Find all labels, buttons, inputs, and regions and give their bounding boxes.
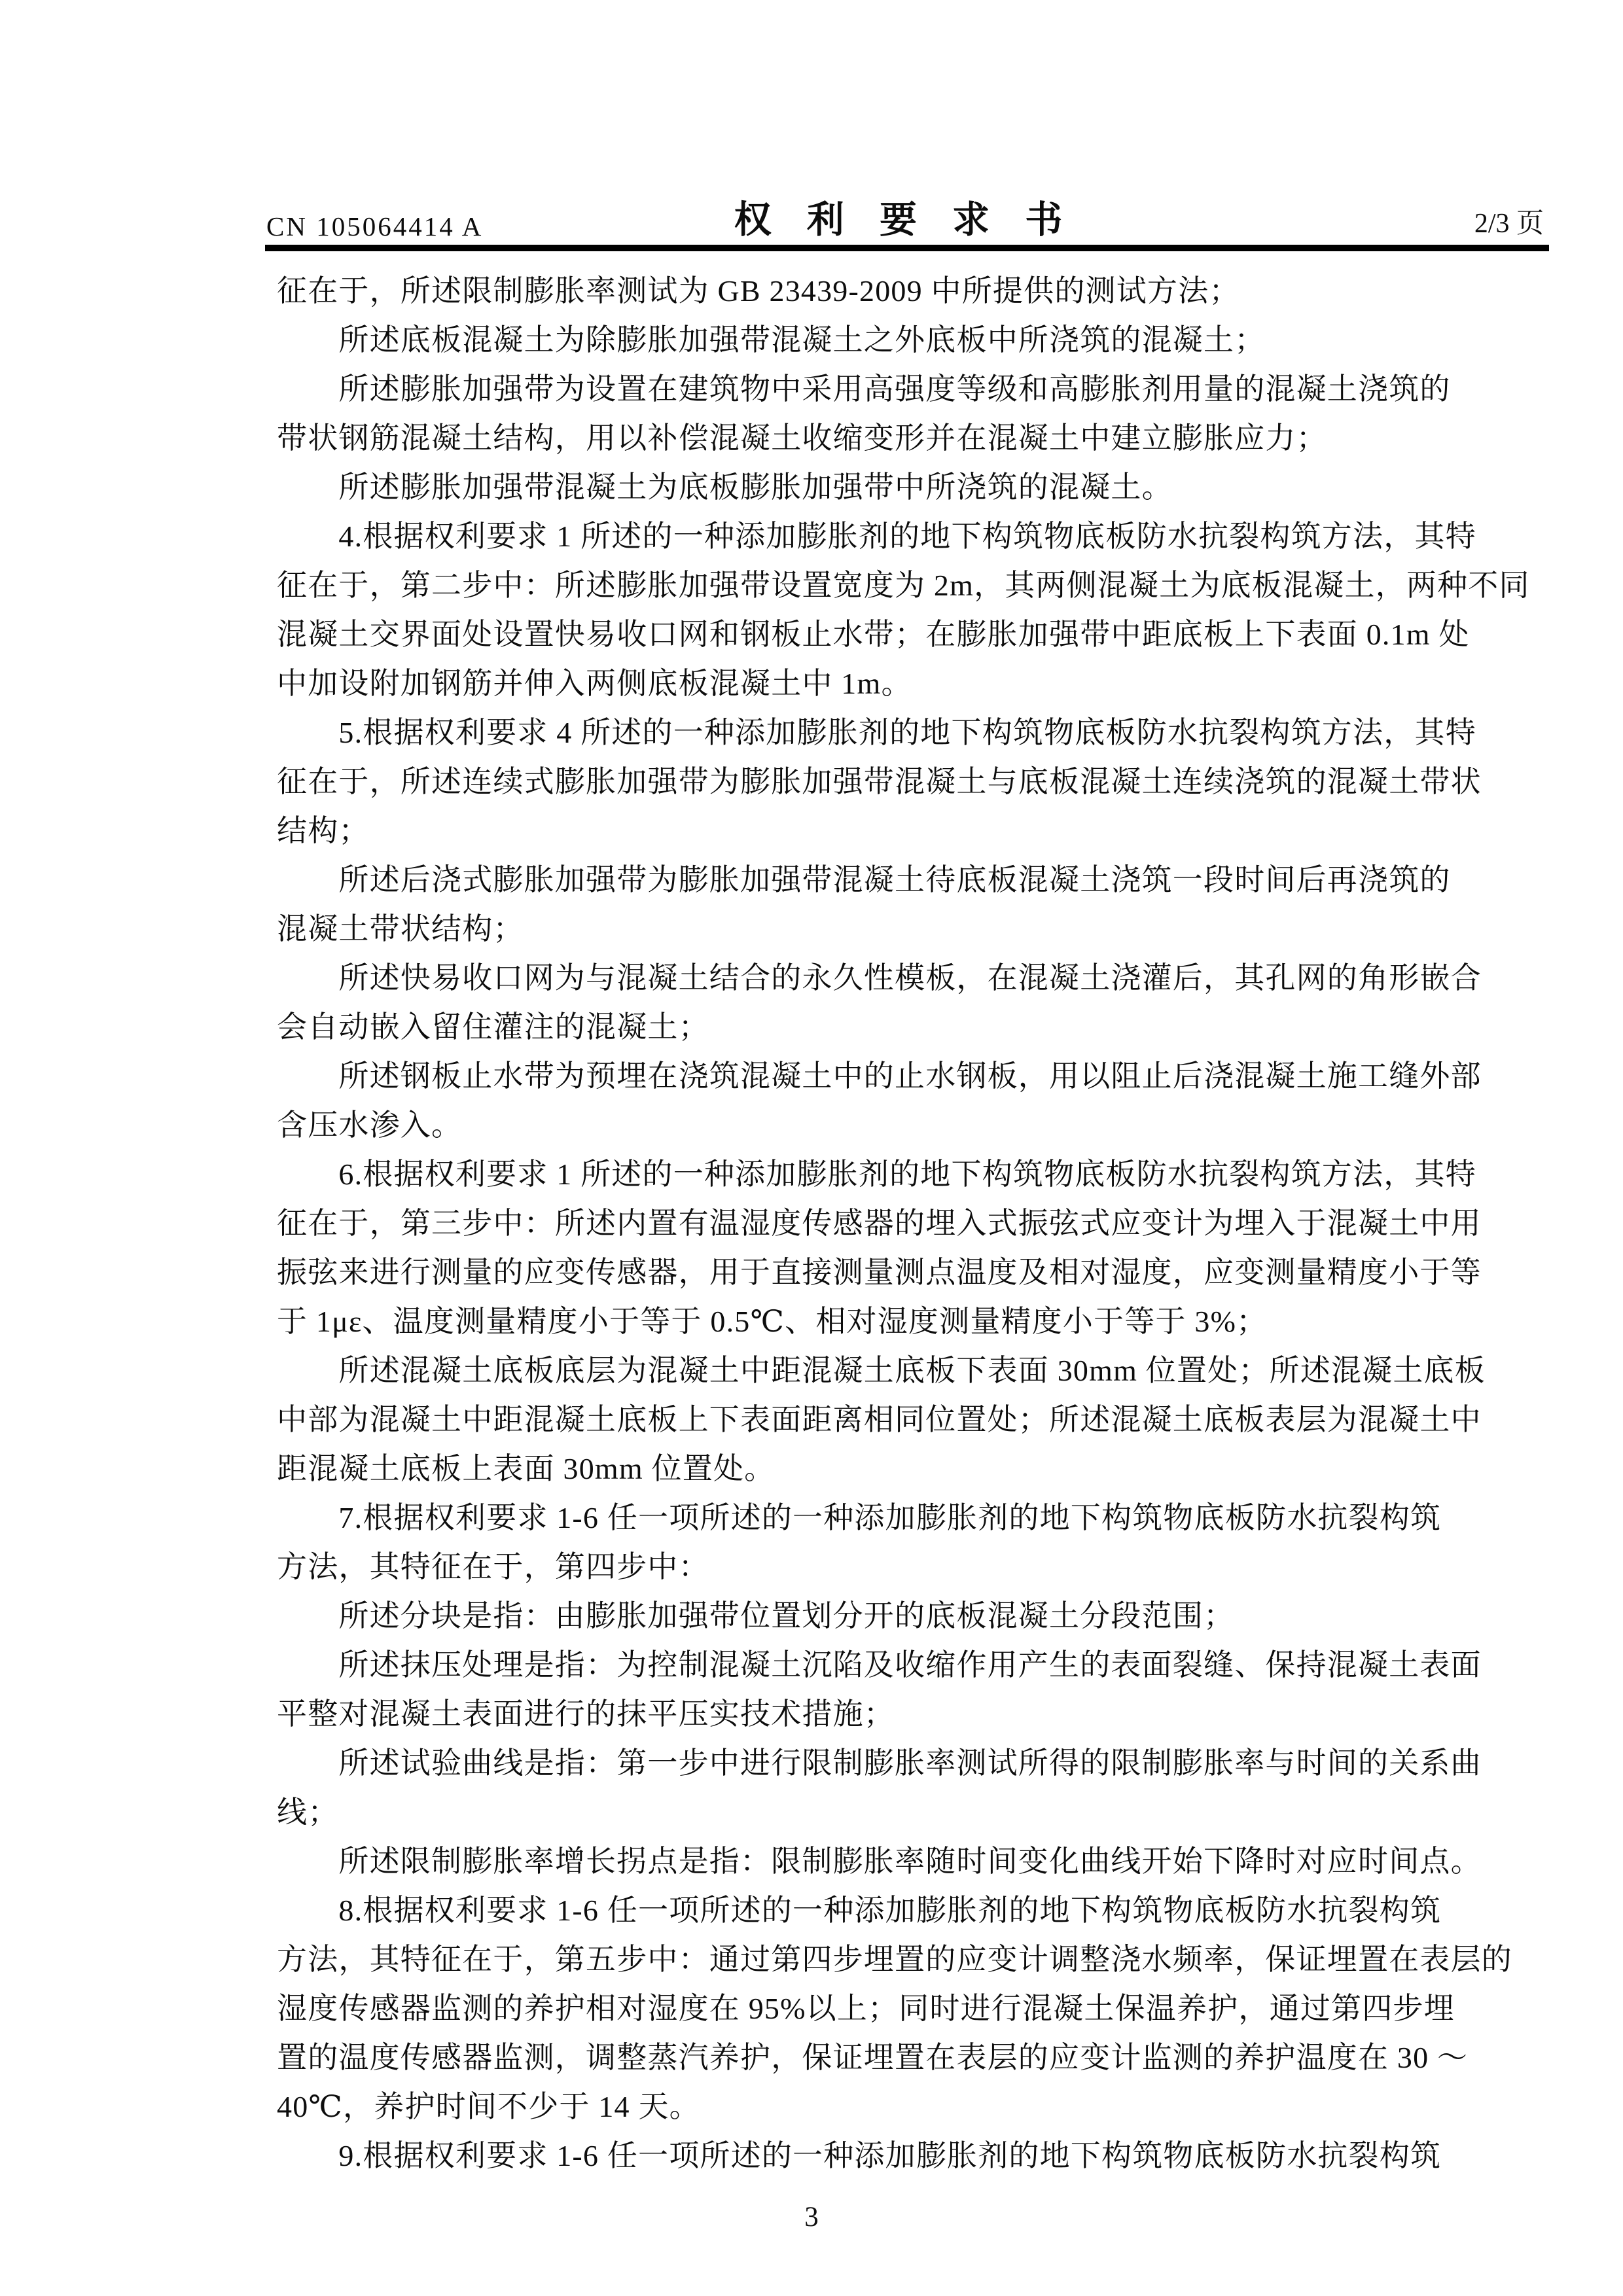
claims-line: 40℃，养护时间不少于 14 天。: [277, 2082, 1548, 2131]
claims-line: 征在于，所述连续式膨胀加强带为膨胀加强带混凝土与底板混凝土连续浇筑的混凝土带状: [277, 757, 1548, 806]
header-rule: [265, 245, 1549, 251]
claims-line: 混凝土带状结构；: [277, 904, 1548, 953]
claims-line: 4.根据权利要求 1 所述的一种添加膨胀剂的地下构筑物底板防水抗裂构筑方法，其特: [277, 512, 1548, 561]
document-title: 权利要求书: [717, 190, 1098, 243]
claims-line: 所述快易收口网为与混凝土结合的永久性模板，在混凝土浇灌后，其孔网的角形嵌合: [277, 953, 1548, 1002]
claims-line: 所述限制膨胀率增长拐点是指：限制膨胀率随时间变化曲线开始下降时对应时间点。: [277, 1837, 1548, 1886]
page-number: 3: [804, 2202, 819, 2233]
claims-line: 线；: [277, 1788, 1548, 1837]
claims-line: 所述试验曲线是指：第一步中进行限制膨胀率测试所得的限制膨胀率与时间的关系曲: [277, 1739, 1548, 1788]
claims-line: 方法，其特征在于，第五步中：通过第四步埋置的应变计调整浇水频率，保证埋置在表层的: [277, 1935, 1548, 1984]
claims-line: 中加设附加钢筋并伸入两侧底板混凝土中 1m。: [277, 659, 1548, 708]
claims-line: 9.根据权利要求 1-6 任一项所述的一种添加膨胀剂的地下构筑物底板防水抗裂构筑: [277, 2131, 1548, 2180]
claims-line: 结构；: [277, 806, 1548, 855]
claims-line: 征在于，所述限制膨胀率测试为 GB 23439-2009 中所提供的测试方法；: [277, 266, 1548, 315]
claims-line: 于 1με、温度测量精度小于等于 0.5℃、相对湿度测量精度小于等于 3%；: [277, 1297, 1548, 1346]
claims-line: 含压水渗入。: [277, 1101, 1548, 1150]
claims-line: 所述钢板止水带为预埋在浇筑混凝土中的止水钢板，用以阻止后浇混凝土施工缝外部: [277, 1051, 1548, 1101]
claims-line: 8.根据权利要求 1-6 任一项所述的一种添加膨胀剂的地下构筑物底板防水抗裂构筑: [277, 1886, 1548, 1935]
claims-line: 中部为混凝土中距混凝土底板上下表面距离相同位置处；所述混凝土底板表层为混凝土中: [277, 1395, 1548, 1444]
claims-text: 征在于，所述限制膨胀率测试为 GB 23439-2009 中所提供的测试方法； …: [277, 266, 1548, 2180]
claims-line: 所述底板混凝土为除膨胀加强带混凝土之外底板中所浇筑的混凝土；: [277, 315, 1548, 364]
page-indicator: 2/3 页: [1474, 202, 1544, 241]
publication-number: CN 105064414 A: [266, 211, 483, 242]
page-footer: 3: [0, 2201, 1623, 2233]
claims-line: 平整对混凝土表面进行的抹平压实技术措施；: [277, 1689, 1548, 1739]
claims-line: 方法，其特征在于，第四步中：: [277, 1542, 1548, 1591]
claims-line: 所述混凝土底板底层为混凝土中距混凝土底板下表面 30mm 位置处；所述混凝土底板: [277, 1346, 1548, 1395]
claims-line: 征在于，第二步中：所述膨胀加强带设置宽度为 2m，其两侧混凝土为底板混凝土，两种…: [277, 561, 1548, 610]
claims-line: 所述后浇式膨胀加强带为膨胀加强带混凝土待底板混凝土浇筑一段时间后再浇筑的: [277, 855, 1548, 904]
claims-line: 置的温度传感器监测，调整蒸汽养护，保证埋置在表层的应变计监测的养护温度在 30 …: [277, 2033, 1548, 2082]
claims-line: 所述抹压处理是指：为控制混凝土沉陷及收缩作用产生的表面裂缝、保持混凝土表面: [277, 1640, 1548, 1689]
claims-line: 湿度传感器监测的养护相对湿度在 95%以上；同时进行混凝土保温养护，通过第四步埋: [277, 1984, 1548, 2033]
claims-line: 征在于，第三步中：所述内置有温湿度传感器的埋入式振弦式应变计为埋入于混凝土中用: [277, 1199, 1548, 1248]
claims-line: 所述膨胀加强带混凝土为底板膨胀加强带中所浇筑的混凝土。: [277, 463, 1548, 512]
claims-line: 混凝土交界面处设置快易收口网和钢板止水带；在膨胀加强带中距底板上下表面 0.1m…: [277, 610, 1548, 659]
claims-line: 振弦来进行测量的应变传感器，用于直接测量测点温度及相对湿度，应变测量精度小于等: [277, 1248, 1548, 1297]
claims-line: 所述膨胀加强带为设置在建筑物中采用高强度等级和高膨胀剂用量的混凝土浇筑的: [277, 364, 1548, 414]
page-header: CN 105064414 A 权利要求书 2/3 页: [265, 203, 1549, 243]
claims-line: 会自动嵌入留住灌注的混凝土；: [277, 1002, 1548, 1051]
claims-line: 6.根据权利要求 1 所述的一种添加膨胀剂的地下构筑物底板防水抗裂构筑方法，其特: [277, 1150, 1548, 1199]
claims-line: 所述分块是指：由膨胀加强带位置划分开的底板混凝土分段范围；: [277, 1591, 1548, 1640]
claims-line: 5.根据权利要求 4 所述的一种添加膨胀剂的地下构筑物底板防水抗裂构筑方法，其特: [277, 708, 1548, 757]
patent-claims-page: CN 105064414 A 权利要求书 2/3 页 征在于，所述限制膨胀率测试…: [0, 0, 1623, 2296]
claims-line: 带状钢筋混凝土结构，用以补偿混凝土收缩变形并在混凝土中建立膨胀应力；: [277, 414, 1548, 463]
claims-line: 距混凝土底板上表面 30mm 位置处。: [277, 1444, 1548, 1493]
claims-line: 7.根据权利要求 1-6 任一项所述的一种添加膨胀剂的地下构筑物底板防水抗裂构筑: [277, 1493, 1548, 1542]
